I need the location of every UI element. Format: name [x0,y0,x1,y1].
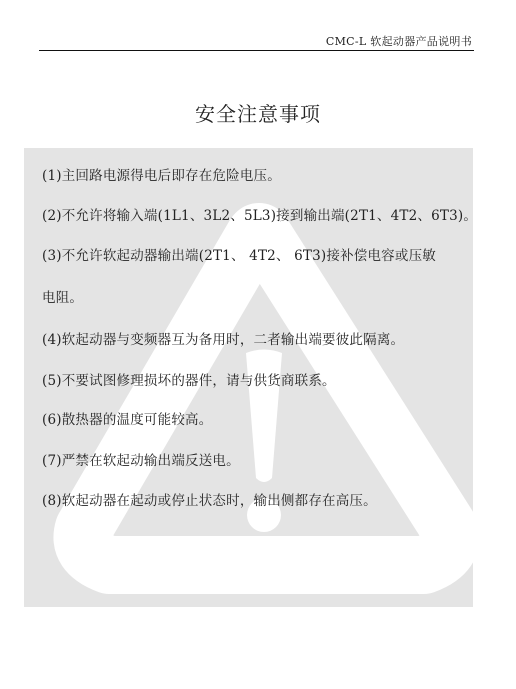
safety-notice-box: (1)主回路电源得电后即存在危险电压。 (2)不允许将输入端(1L1、3L2、5… [24,148,473,607]
notice-item-3: (3)不允许软起动器输出端(2T1、 4T2、 6T3)接补偿电容或压敏 [42,244,436,264]
notice-item-4: (4)软起动器与变频器互为备用时，二者输出端要彼此隔离。 [42,328,404,348]
notice-item-8: (8)软起动器在起动或停止状态时，输出侧都存在高压。 [42,489,377,509]
notice-item-1: (1)主回路电源得电后即存在危险电压。 [42,164,281,184]
notice-item-2: (2)不允许将输入端(1L1、3L2、5L3)接到输出端(2T1、4T2、6T3… [42,204,473,224]
notice-item-5: (5)不要试图修理损坏的器件，请与供货商联系。 [42,369,336,389]
notice-item-6: (6)散热器的温度可能较高。 [42,408,212,428]
page-header: CMC-L 软起动器产品说明书 [39,28,474,51]
notice-item-7: (7)严禁在软起动输出端反送电。 [42,449,240,469]
document-title: CMC-L 软起动器产品说明书 [326,33,472,49]
notice-item-3-continued: 电阻。 [42,286,83,306]
page-title: 安全注意事项 [0,98,516,127]
